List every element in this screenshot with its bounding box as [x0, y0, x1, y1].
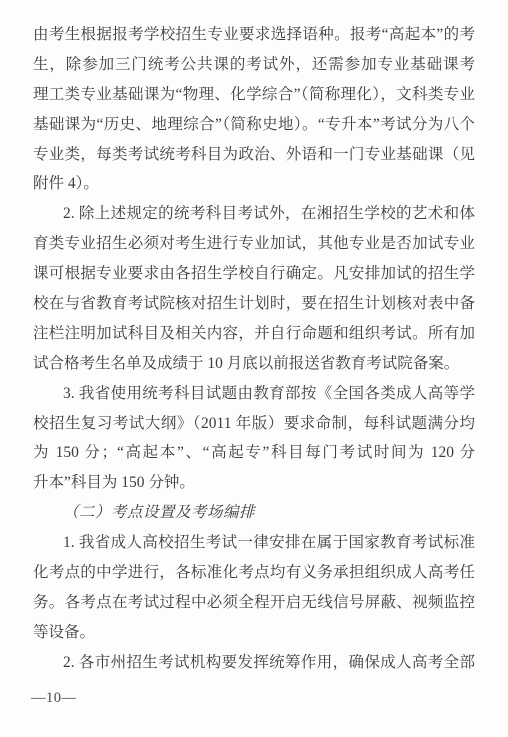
text-line: 基础课为“历史、地理综合”（简称史地）。“专升本”考试分为八个 [33, 110, 475, 140]
text-line: 1. 我省成人高校招生考试一律安排在属于国家教育考试标准 [33, 528, 475, 558]
paragraph: 2. 除上述规定的统考科目考试外，在湘招生学校的艺术和体 育类专业招生必须对考生… [33, 199, 475, 378]
page-number: —10— [31, 690, 77, 707]
text-line: 由考生根据报考学校招生专业要求选择语种。报考“高起本”的考 [33, 20, 475, 50]
text-line: 校招生复习考试大纲》（2011 年版）要求命制，每科试题满分均 [33, 409, 475, 439]
paragraph: 3. 我省使用统考科目试题由教育部按《全国各类成人高等学 校招生复习考试大纲》（… [33, 379, 475, 499]
text-line: 理工类专业基础课为“物理、化学综合”（简称理化），文科类专业 [33, 80, 475, 110]
paragraph: 1. 我省成人高校招生考试一律安排在属于国家教育考试标准 化考点的中学进行，各标… [33, 528, 475, 648]
text-line: 化考点的中学进行，各标准化考点均有义务承担组织成人高考任 [33, 558, 475, 588]
paragraph: 由考生根据报考学校招生专业要求选择语种。报考“高起本”的考 生，除参加三门统考公… [33, 20, 475, 199]
text-line: 课可根据专业要求由各招生学校自行确定。凡安排加试的招生学 [33, 259, 475, 289]
text-line: 2. 除上述规定的统考科目考试外，在湘招生学校的艺术和体 [33, 199, 475, 229]
text-line: 升本”科目为 150 分钟。 [33, 468, 475, 498]
text-line: 3. 我省使用统考科目试题由教育部按《全国各类成人高等学 [33, 379, 475, 409]
document-page: 由考生根据报考学校招生专业要求选择语种。报考“高起本”的考 生，除参加三门统考公… [0, 0, 508, 737]
paragraph: 2. 各市州招生考试机构要发挥统筹作用，确保成人高考全部 [33, 648, 475, 678]
text-line: 育类专业招生必须对考生进行专业加试，其他专业是否加试专业 [33, 229, 475, 259]
text-line: 生，除参加三门统考公共课的考试外，还需参加专业基础课考试， [33, 50, 475, 80]
text-line: 等设备。 [33, 618, 475, 648]
paragraph: （二）考点设置及考场编排 [33, 498, 475, 528]
text-line: 试合格考生名单及成绩于 10 月底以前报送省教育考试院备案。 [33, 349, 475, 379]
text-line: 附件 4）。 [33, 169, 475, 199]
text-line: 专业类，每类考试统考科目为政治、外语和一门专业基础课（见 [33, 140, 475, 170]
text-block: 由考生根据报考学校招生专业要求选择语种。报考“高起本”的考 生，除参加三门统考公… [33, 20, 475, 678]
text-line: 务。各考点在考试过程中必须全程开启无线信号屏蔽、视频监控 [33, 588, 475, 618]
text-line: 为 150 分；“高起本”、“高起专”科目每门考试时间为 120 分钟，“专 [33, 438, 475, 468]
section-heading: （二）考点设置及考场编排 [33, 498, 475, 528]
text-line: 注栏注明加试科目及相关内容，并自行命题和组织考试。所有加 [33, 319, 475, 349]
text-line: 2. 各市州招生考试机构要发挥统筹作用，确保成人高考全部 [33, 648, 475, 678]
text-line: 校在与省教育考试院核对招生计划时，要在招生计划核对表中备 [33, 289, 475, 319]
